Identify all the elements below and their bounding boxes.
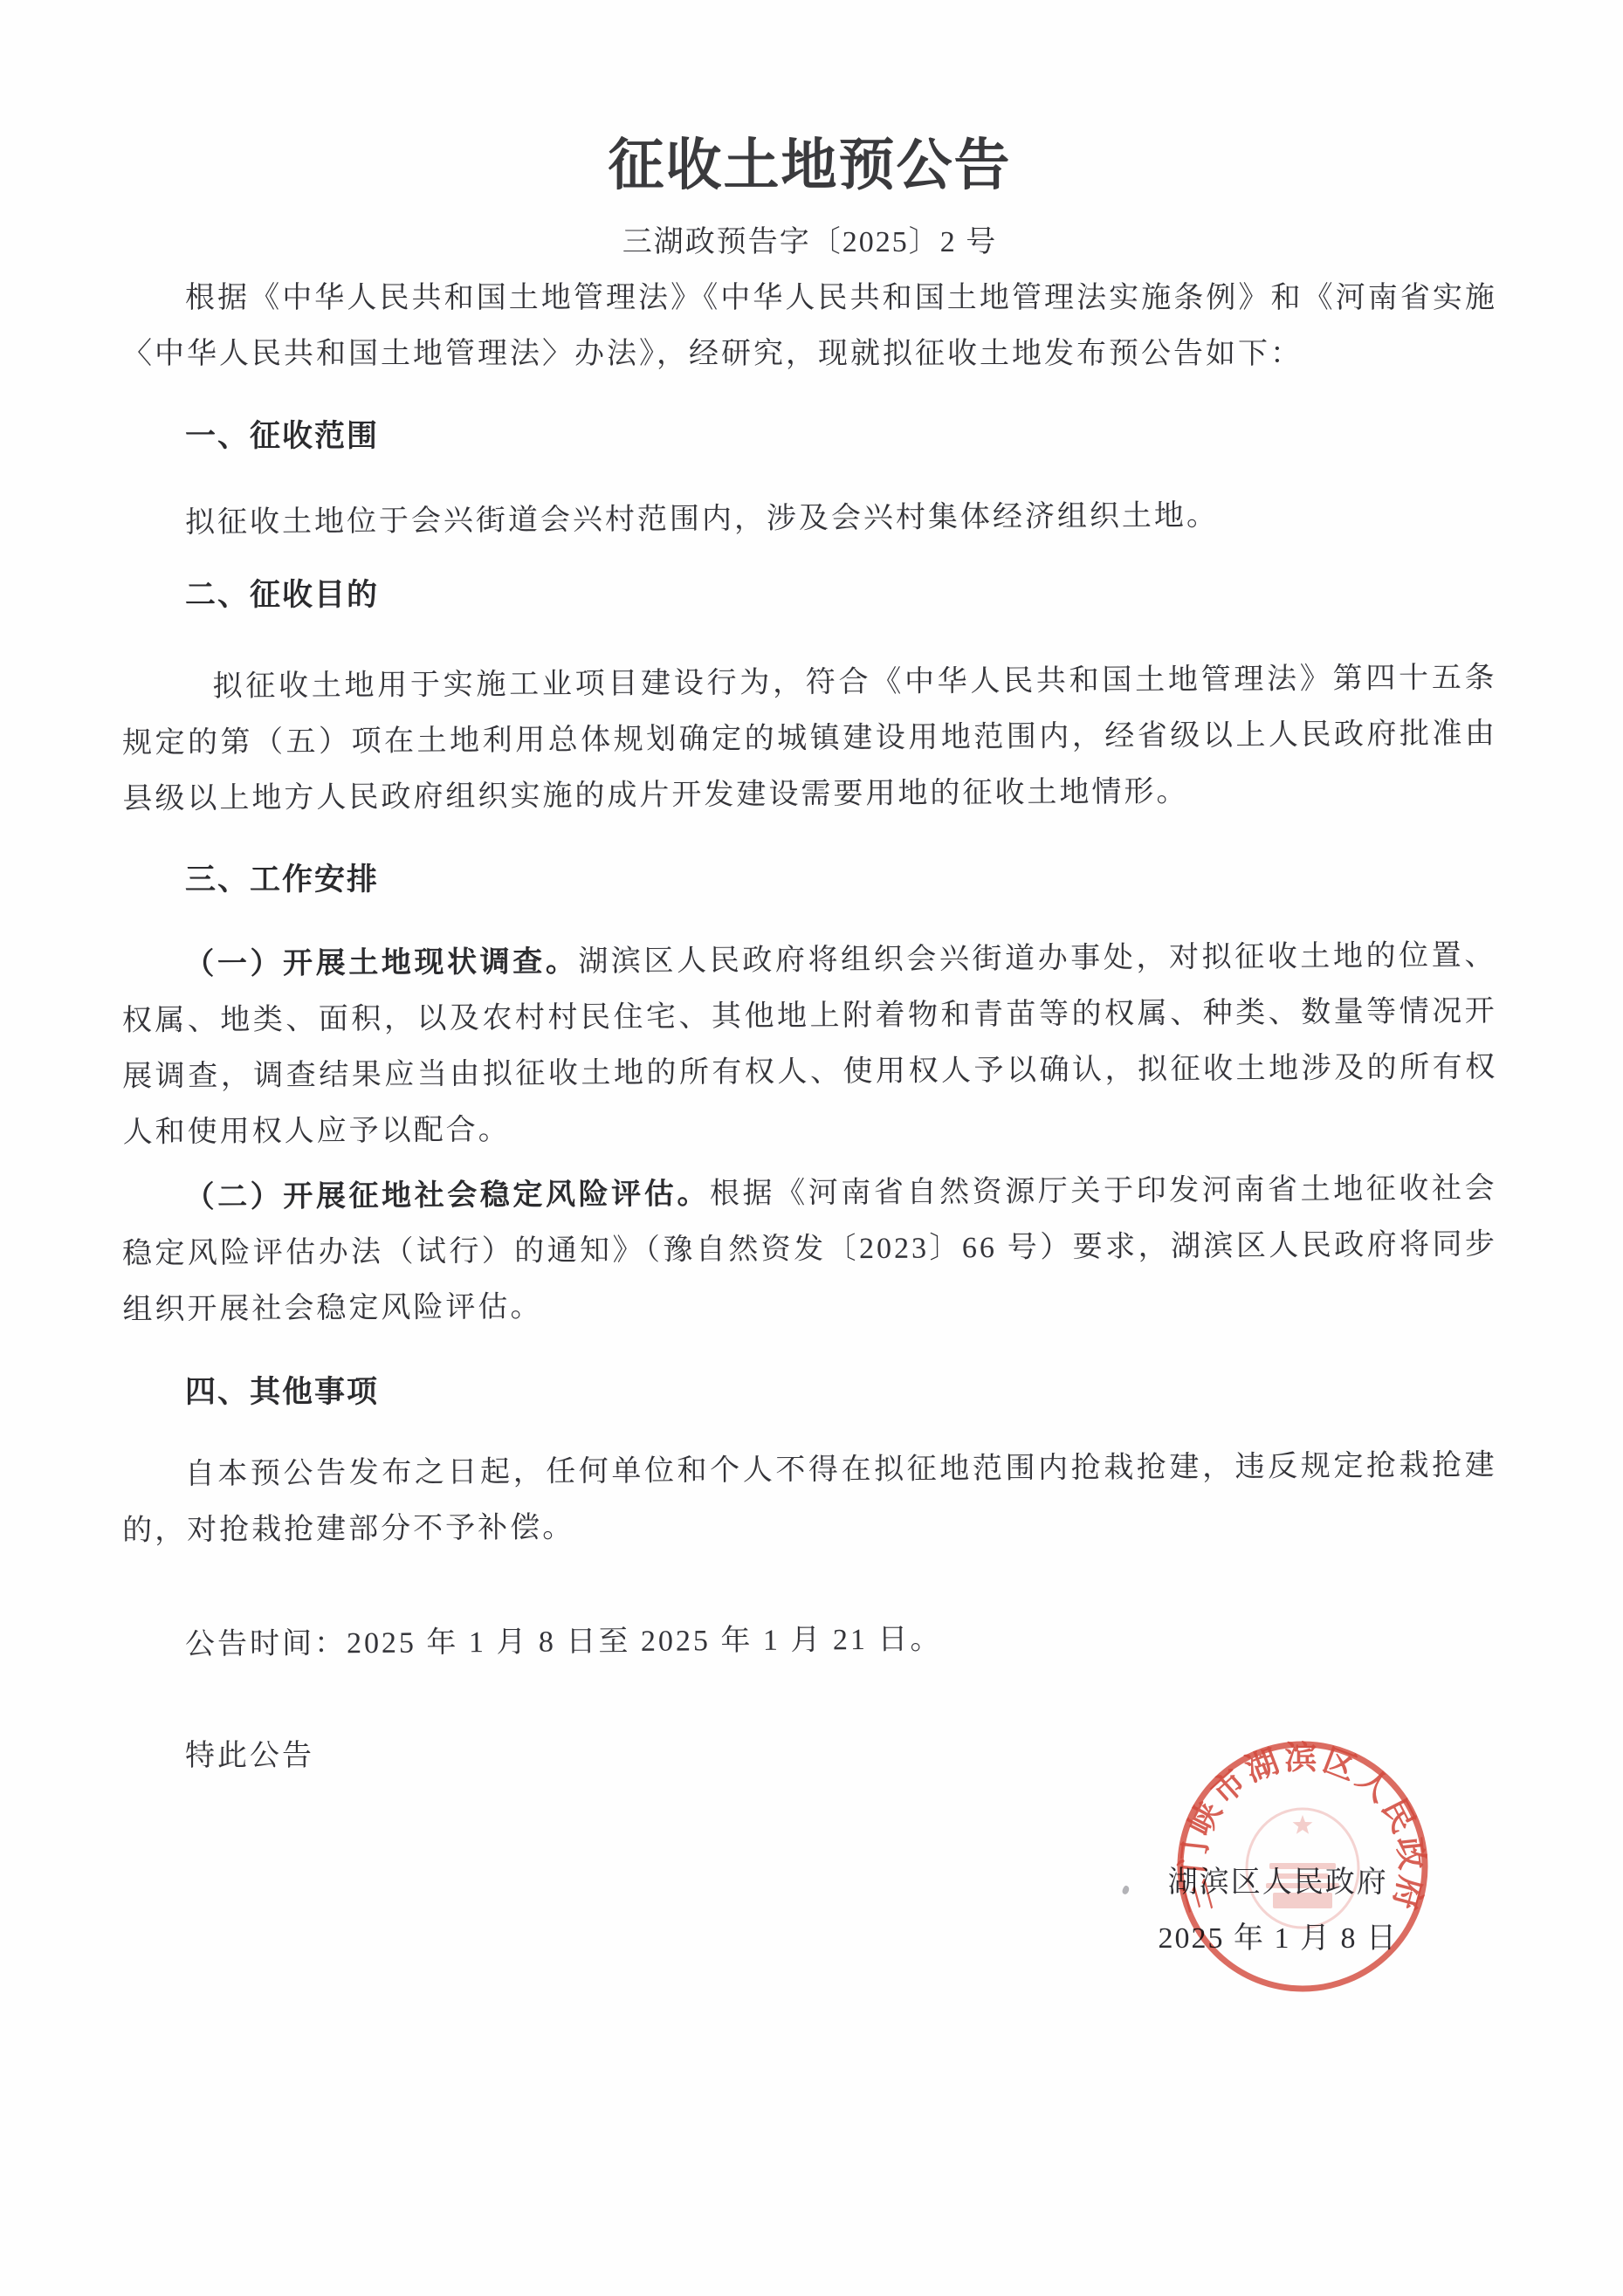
- notice-period-line: 公告时间：2025 年 1 月 8 日至 2025 年 1 月 21 日。: [122, 1608, 1497, 1674]
- section-2-paragraph: 拟征收土地用于实施工业项目建设行为，符合《中华人民共和国土地管理法》第四十五条规…: [121, 650, 1497, 828]
- official-seal: 三门峡市湖滨区人民政府: [1172, 1736, 1434, 1997]
- page-title: 征收土地预公告: [122, 131, 1497, 201]
- section-3-paragraph-1: （一）开展土地现状调查。湖滨区人民政府将组织会兴街道办事处，对拟征收土地的位置、…: [121, 927, 1498, 1161]
- intro-paragraph: 根据《中华人民共和国土地管理法》《中华人民共和国土地管理法实施条例》和《河南省实…: [122, 271, 1497, 382]
- section-4-heading: 四、其他事项: [122, 1365, 1497, 1420]
- scan-speck: [1121, 1885, 1131, 1895]
- section-4-paragraph: 自本预公告发布之日起，任何单位和个人不得在拟征地范围内抢栽抢建，违反规定抢栽抢建…: [122, 1438, 1498, 1559]
- national-emblem-icon: [1266, 1815, 1339, 1908]
- paragraph-1-lead: （一）开展土地现状调查。: [184, 945, 578, 980]
- document-content: 征收土地预公告 三湖政预告字〔2025〕2 号 根据《中华人民共和国土地管理法》…: [122, 131, 1497, 1784]
- section-2-heading: 二、征收目的: [122, 567, 1497, 623]
- section-3-paragraph-2: （二）开展征地社会稳定风险评估。根据《河南省自然资源厅关于印发河南省土地征收社会…: [121, 1160, 1497, 1338]
- section-3-heading: 三、工作安排: [122, 852, 1497, 908]
- paragraph-2-lead: （二）开展征地社会稳定风险评估。: [184, 1177, 710, 1213]
- section-1-paragraph: 拟征收土地位于会兴街道会兴村范围内，涉及会兴村集体经济组织土地。: [122, 486, 1497, 552]
- announcement-page: 征收土地预公告 三湖政预告字〔2025〕2 号 根据《中华人民共和国土地管理法》…: [0, 0, 1623, 2296]
- document-number: 三湖政预告字〔2025〕2 号: [122, 227, 1497, 258]
- section-1-heading: 一、征收范围: [122, 409, 1497, 464]
